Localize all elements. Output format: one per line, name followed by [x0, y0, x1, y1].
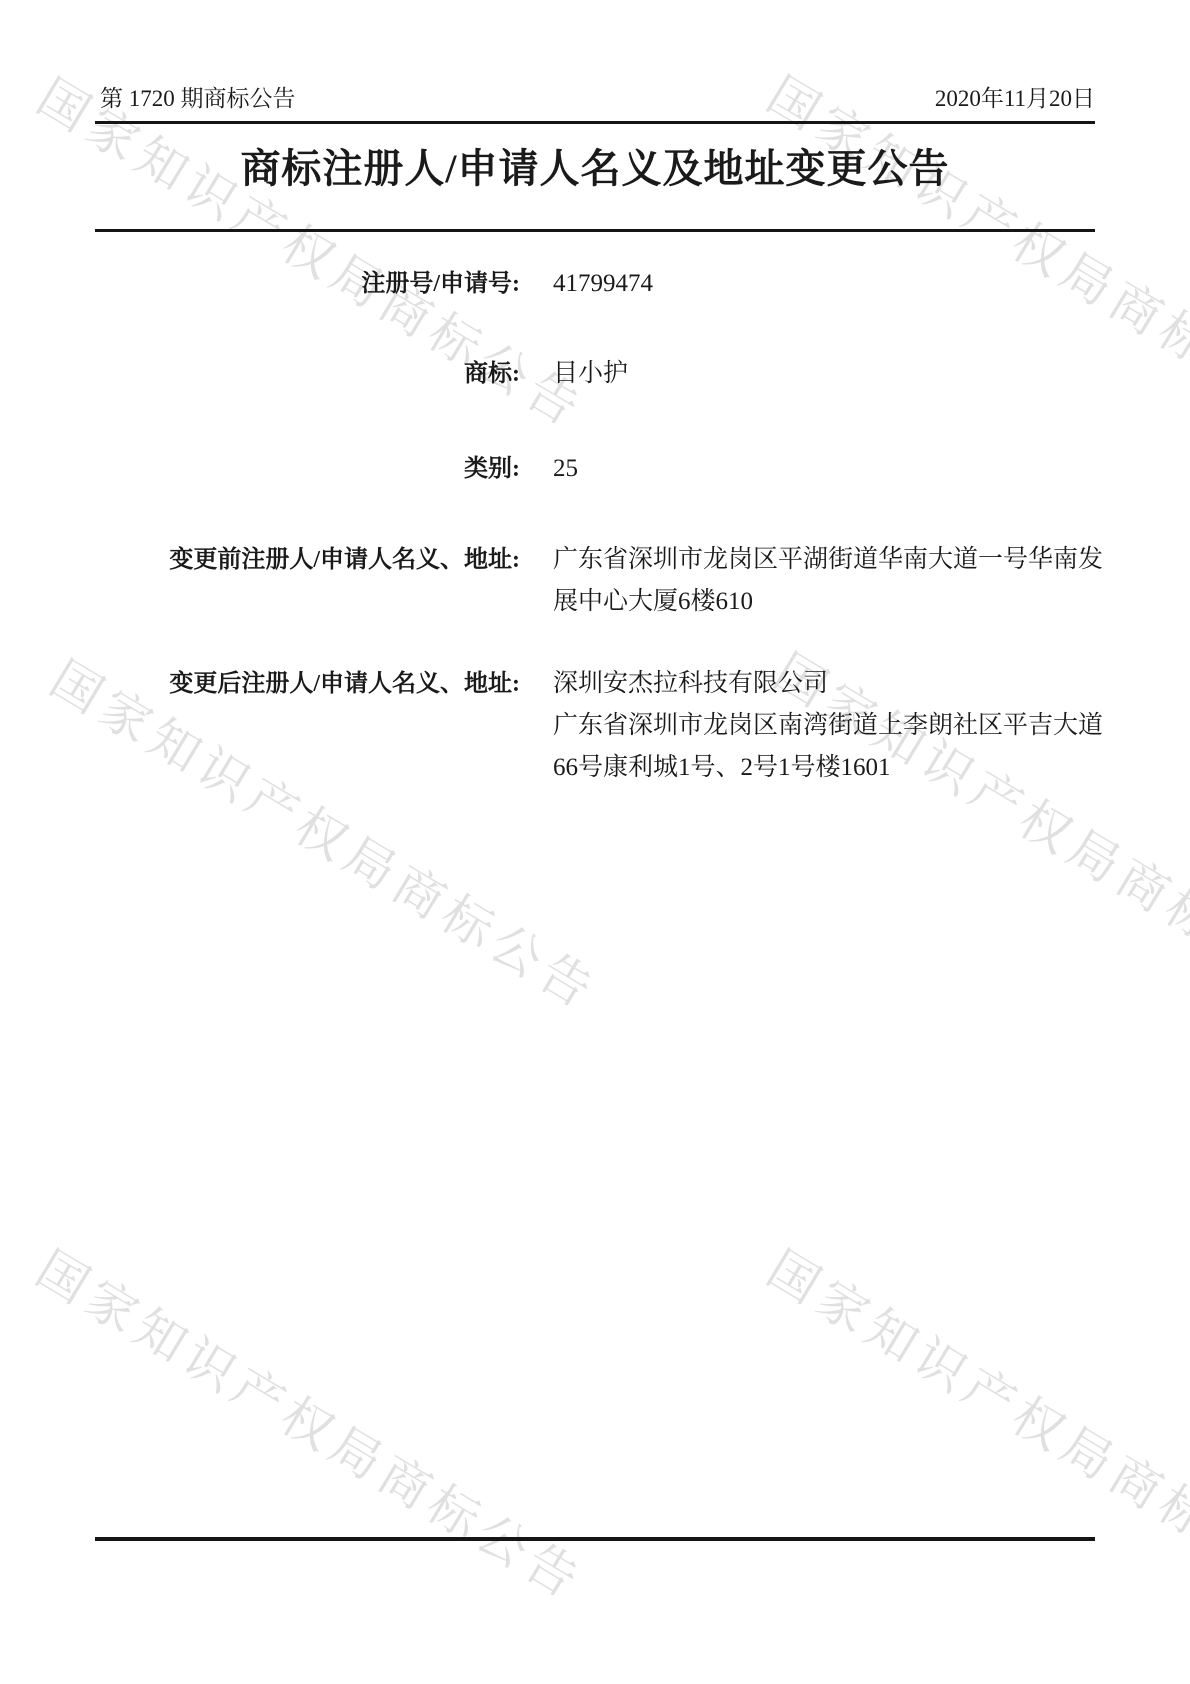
value-line: 广东省深圳市龙岗区平湖街道华南大道一号华南发: [553, 539, 1105, 581]
value-line: 41799474: [553, 263, 1105, 305]
field-label: 类别:: [60, 448, 520, 490]
footer-divider: [95, 1537, 1095, 1541]
field-value: 25: [553, 448, 1105, 490]
watermark-text: 国家知识产权局商标公告: [25, 1230, 600, 1615]
field-value: 41799474: [553, 263, 1105, 305]
gazette-page: 国家知识产权局商标公告 国家知识产权局商标公告 国家知识产权局商标公告 国家知识…: [0, 0, 1190, 1684]
field-label: 变更前注册人/申请人名义、地址:: [60, 539, 520, 581]
watermark-text: 国家知识产权局商标公告: [756, 1230, 1190, 1615]
field-label: 商标:: [60, 353, 520, 395]
field-value: 深圳安杰拉科技有限公司 广东省深圳市龙岗区南湾街道上李朗社区平吉大道 66号康利…: [553, 663, 1105, 789]
header-divider: [95, 121, 1095, 124]
field-value: 广东省深圳市龙岗区平湖街道华南大道一号华南发 展中心大厦6楼610: [553, 539, 1105, 623]
value-line: 目小护: [553, 353, 1105, 395]
value-line: 展中心大厦6楼610: [553, 581, 1105, 623]
field-label: 注册号/申请号:: [60, 263, 520, 305]
value-line: 25: [553, 448, 1105, 490]
title-divider: [95, 229, 1095, 232]
value-line: 66号康利城1号、2号1号楼1601: [553, 747, 1105, 789]
gazette-issue-number: 第 1720 期商标公告: [100, 84, 296, 114]
field-value: 目小护: [553, 353, 1105, 395]
value-line: 深圳安杰拉科技有限公司: [553, 663, 1105, 705]
gazette-date: 2020年11月20日: [595, 84, 1095, 114]
field-label: 变更后注册人/申请人名义、地址:: [60, 663, 520, 705]
page-title: 商标注册人/申请人名义及地址变更公告: [95, 137, 1095, 194]
value-line: 广东省深圳市龙岗区南湾街道上李朗社区平吉大道: [553, 705, 1105, 747]
